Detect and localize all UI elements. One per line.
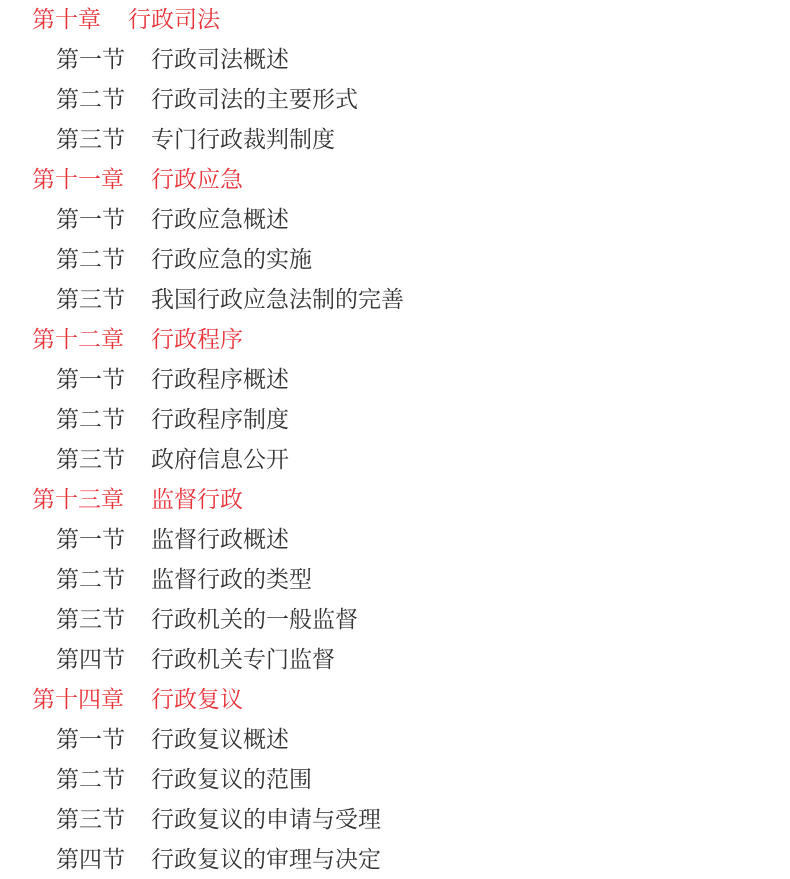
- section-number: 第一节: [56, 720, 125, 760]
- section-title: 专门行政裁判制度: [151, 120, 335, 160]
- section-number: 第四节: [56, 840, 125, 879]
- section-number: 第一节: [56, 520, 125, 560]
- section-number: 第三节: [56, 120, 125, 160]
- section-title: 行政程序制度: [151, 400, 289, 440]
- section-number: 第二节: [56, 400, 125, 440]
- section-number: 第三节: [56, 800, 125, 840]
- section-number: 第一节: [56, 200, 125, 240]
- section-title: 行政司法的主要形式: [151, 80, 358, 120]
- chapter-number: 第十二章: [32, 320, 124, 360]
- section-item[interactable]: 第三节政府信息公开: [56, 440, 125, 480]
- section-number: 第二节: [56, 240, 125, 280]
- section-item[interactable]: 第三节行政机关的一般监督: [56, 600, 125, 640]
- chapter-heading[interactable]: 第十二章行政程序: [32, 320, 124, 360]
- section-item[interactable]: 第一节行政复议概述: [56, 720, 125, 760]
- section-title: 行政机关专门监督: [151, 640, 335, 680]
- section-item[interactable]: 第三节行政复议的申请与受理: [56, 800, 125, 840]
- section-number: 第一节: [56, 360, 125, 400]
- section-number: 第二节: [56, 560, 125, 600]
- section-item[interactable]: 第一节监督行政概述: [56, 520, 125, 560]
- chapter-number: 第十三章: [32, 480, 124, 520]
- chapter-number: 第十章: [32, 0, 101, 40]
- section-number: 第一节: [56, 40, 125, 80]
- section-number: 第三节: [56, 440, 125, 480]
- section-item[interactable]: 第一节行政司法概述: [56, 40, 125, 80]
- section-item[interactable]: 第四节行政复议的审理与决定: [56, 840, 125, 879]
- section-item[interactable]: 第二节行政复议的范围: [56, 760, 125, 800]
- section-title: 政府信息公开: [151, 440, 289, 480]
- section-title: 监督行政概述: [151, 520, 289, 560]
- chapter-heading[interactable]: 第十一章行政应急: [32, 160, 124, 200]
- chapter-number: 第十四章: [32, 680, 124, 720]
- section-item[interactable]: 第二节行政司法的主要形式: [56, 80, 125, 120]
- section-title: 行政复议的申请与受理: [151, 800, 381, 840]
- chapter-title: 行政司法: [128, 0, 220, 40]
- section-number: 第三节: [56, 600, 125, 640]
- section-item[interactable]: 第一节行政程序概述: [56, 360, 125, 400]
- section-title: 行政程序概述: [151, 360, 289, 400]
- section-title: 行政司法概述: [151, 40, 289, 80]
- section-item[interactable]: 第三节专门行政裁判制度: [56, 120, 125, 160]
- section-item[interactable]: 第二节监督行政的类型: [56, 560, 125, 600]
- section-item[interactable]: 第二节行政程序制度: [56, 400, 125, 440]
- chapter-title: 监督行政: [151, 480, 243, 520]
- chapter-title: 行政程序: [151, 320, 243, 360]
- chapter-title: 行政复议: [151, 680, 243, 720]
- section-number: 第二节: [56, 760, 125, 800]
- section-number: 第二节: [56, 80, 125, 120]
- section-item[interactable]: 第四节行政机关专门监督: [56, 640, 125, 680]
- chapter-number: 第十一章: [32, 160, 124, 200]
- section-title: 行政应急的实施: [151, 240, 312, 280]
- section-title: 行政机关的一般监督: [151, 600, 358, 640]
- chapter-heading[interactable]: 第十章行政司法: [32, 0, 101, 40]
- section-item[interactable]: 第三节我国行政应急法制的完善: [56, 280, 125, 320]
- chapter-heading[interactable]: 第十三章监督行政: [32, 480, 124, 520]
- section-title: 行政复议的审理与决定: [151, 840, 381, 879]
- section-number: 第三节: [56, 280, 125, 320]
- section-title: 行政应急概述: [151, 200, 289, 240]
- section-title: 行政复议的范围: [151, 760, 312, 800]
- section-title: 行政复议概述: [151, 720, 289, 760]
- section-item[interactable]: 第一节行政应急概述: [56, 200, 125, 240]
- section-item[interactable]: 第二节行政应急的实施: [56, 240, 125, 280]
- section-title: 监督行政的类型: [151, 560, 312, 600]
- chapter-heading[interactable]: 第十四章行政复议: [32, 680, 124, 720]
- chapter-title: 行政应急: [151, 160, 243, 200]
- section-number: 第四节: [56, 640, 125, 680]
- section-title: 我国行政应急法制的完善: [151, 280, 404, 320]
